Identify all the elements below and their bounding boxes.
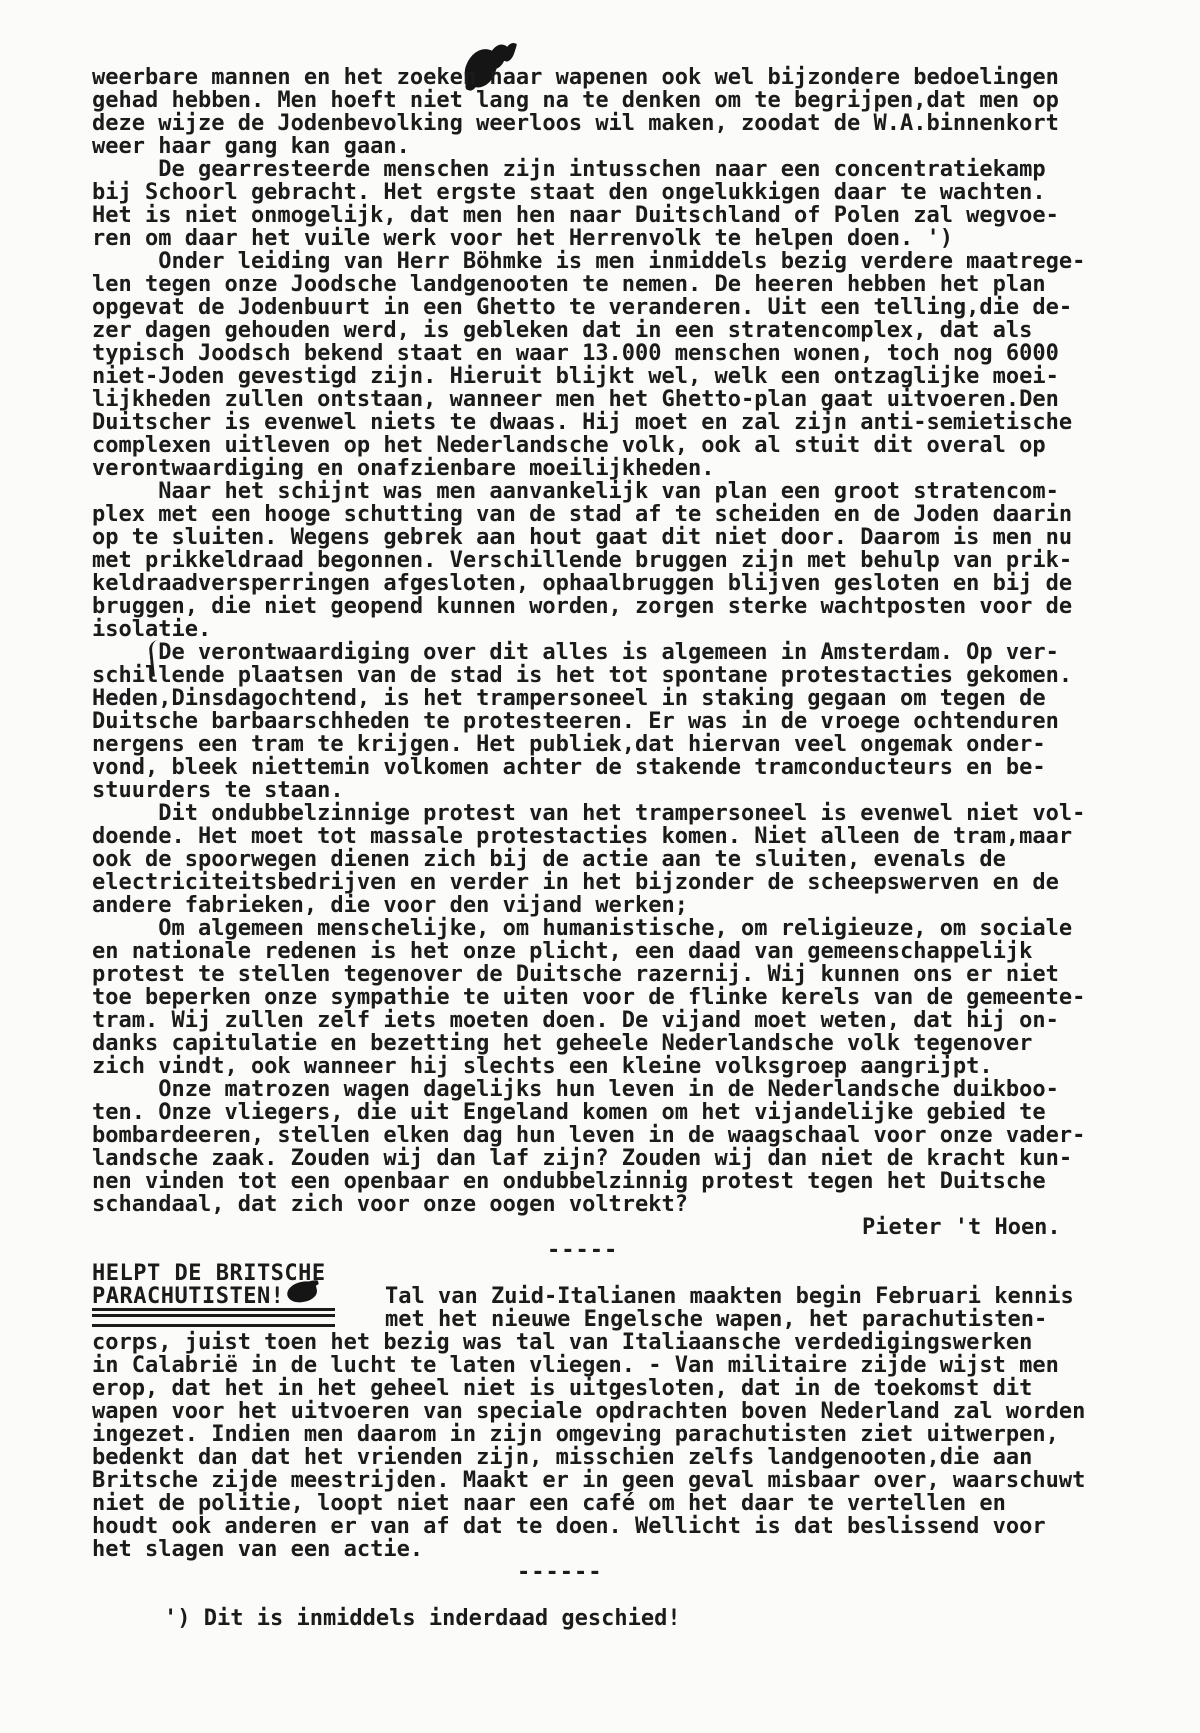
text-line: op te sluiten. Wegens gebrek aan hout ga… — [92, 526, 1137, 549]
text-line: ingezet. Indien men daarom in zijn omgev… — [92, 1423, 1137, 1446]
text-line: complexen uitleven op het Nederlandsche … — [92, 434, 1137, 457]
text-line: bij Schoorl gebracht. Het ergste staat d… — [92, 181, 1137, 204]
text-line: niet-Joden gevestigd zijn. Hieruit blijk… — [92, 365, 1137, 388]
text-line: landsche zaak. Zouden wij dan laf zijn? … — [92, 1147, 1137, 1170]
text-line: gehad hebben. Men hoeft niet lang na te … — [92, 89, 1137, 112]
text-line: wapen voor het uitvoeren van speciale op… — [92, 1400, 1137, 1423]
heading-row: PARACHUTISTEN!Tal van Zuid-Italianen maa… — [92, 1285, 1137, 1308]
text-line: typisch Joodsch bekend staat en waar 13.… — [92, 342, 1137, 365]
text-line: erop, dat het in het geheel niet is uitg… — [92, 1377, 1137, 1400]
text-line: ren om daar het vuile werk voor het Herr… — [92, 227, 1137, 250]
footnote: ') Dit is inmiddels inderdaad geschied! — [92, 1607, 1137, 1630]
signature: Pieter 't Hoen. — [92, 1216, 1137, 1239]
text-line: Britsche zijde meestrijden. Maakt er in … — [92, 1469, 1137, 1492]
double-underline — [92, 1314, 335, 1327]
section-separator: ----- — [92, 1239, 1137, 1262]
text-line: Het is niet onmogelijk, dat men hen naar… — [92, 204, 1137, 227]
text-line: Duitscher is evenwel niets te dwaas. Hij… — [92, 411, 1137, 434]
text-line: Heden,Dinsdagochtend, is het trampersone… — [92, 687, 1137, 710]
text-line: deze wijze de Jodenbevolking weerloos wi… — [92, 112, 1137, 135]
text-line: Onder leiding van Herr Böhmke is men inm… — [92, 250, 1137, 273]
text-line: electriciteitsbedrijven en verder in het… — [92, 871, 1137, 894]
text-line: schillende plaatsen van de stad is het t… — [92, 664, 1137, 687]
text-line: bruggen, die niet geopend kunnen worden,… — [92, 595, 1137, 618]
text-line: verontwaardiging en onafzienbare moeilij… — [92, 457, 1137, 480]
text-line: Om algemeen menschelijke, om humanistisc… — [92, 917, 1137, 940]
heading-underline-row: met het nieuwe Engelsche wapen, het para… — [92, 1308, 1137, 1331]
text-line: keldraadversperringen afgesloten, ophaal… — [92, 572, 1137, 595]
text-line: met prikkeldraad begonnen. Verschillende… — [92, 549, 1137, 572]
text-line: vond, bleek niettemin volkomen achter de… — [92, 756, 1137, 779]
text-line: weerbare mannen en het zoeken naar wapen… — [92, 66, 1137, 89]
text-line: plex met een hooge schutting van de stad… — [92, 503, 1137, 526]
text-line: Duitsche barbaarschheden te protesteeren… — [92, 710, 1137, 733]
text-line: stuurders te staan. — [92, 779, 1137, 802]
text-line: in Calabrië in de lucht te laten vliegen… — [92, 1354, 1137, 1377]
text-line: en nationale redenen is het onze plicht,… — [92, 940, 1137, 963]
text-line: weer haar gang kan gaan. — [92, 135, 1137, 158]
text-line: protest te stellen tegenover de Duitsche… — [92, 963, 1137, 986]
text-line: bedenkt dan dat het vrienden zijn, missc… — [92, 1446, 1137, 1469]
text-line: Tal van Zuid-Italianen maakten begin Feb… — [385, 1284, 1074, 1309]
text-line: schandaal, dat zich voor onze oogen volt… — [92, 1193, 1137, 1216]
text-line: lijkheden zullen ontstaan, wanneer men h… — [92, 388, 1137, 411]
article-heading-line: HELPT DE BRITSCHE — [92, 1262, 1137, 1285]
text-line: houdt ook anderen er van af dat te doen.… — [92, 1515, 1137, 1538]
text-line: danks capitulatie en bezetting het gehee… — [92, 1032, 1137, 1055]
text-line: ook de spoorwegen dienen zich bij de act… — [92, 848, 1137, 871]
text-line: ten. Onze vliegers, die uit Engeland kom… — [92, 1101, 1137, 1124]
text-line: met het nieuwe Engelsche wapen, het para… — [385, 1307, 1047, 1332]
text-line: isolatie. — [92, 618, 1137, 641]
text-line: De verontwaardiging over dit alles is al… — [92, 641, 1137, 664]
text-line: niet de politie, loopt niet naar een caf… — [92, 1492, 1137, 1515]
text-line: Naar het schijnt was men aanvankelijk va… — [92, 480, 1137, 503]
text-line: Onze matrozen wagen dagelijks hun leven … — [92, 1078, 1137, 1101]
text-line: tram. Wij zullen zelf iets moeten doen. … — [92, 1009, 1137, 1032]
text-line: het slagen van een actie. — [92, 1538, 1137, 1561]
text-line: nen vinden tot een openbaar en ondubbelz… — [92, 1170, 1137, 1193]
text-line: toe beperken onze sympathie te uiten voo… — [92, 986, 1137, 1009]
typewritten-text-block: weerbare mannen en het zoeken naar wapen… — [92, 66, 1137, 1630]
text-line: De gearresteerde menschen zijn intussche… — [92, 158, 1137, 181]
text-line: opgevat de Jodenbuurt in een Ghetto te v… — [92, 296, 1137, 319]
text-line: nergens een tram te krijgen. Het publiek… — [92, 733, 1137, 756]
text-line: len tegen onze Joodsche landgenooten te … — [92, 273, 1137, 296]
text-line: corps, juist toen het bezig was tal van … — [92, 1331, 1137, 1354]
text-line: andere fabrieken, die voor den vijand we… — [92, 894, 1137, 917]
text-line: zer dagen gehouden werd, is gebleken dat… — [92, 319, 1137, 342]
text-line: zich vindt, ook wanneer hij slechts een … — [92, 1055, 1137, 1078]
text-line: Dit ondubbelzinnige protest van het tram… — [92, 802, 1137, 825]
blank-line — [92, 1584, 1137, 1607]
text-line: bombardeeren, stellen elken dag hun leve… — [92, 1124, 1137, 1147]
scanned-document-page: weerbare mannen en het zoeken naar wapen… — [0, 0, 1200, 1733]
text-line: doende. Het moet tot massale protestacti… — [92, 825, 1137, 848]
section-separator: ------ — [92, 1561, 1137, 1584]
